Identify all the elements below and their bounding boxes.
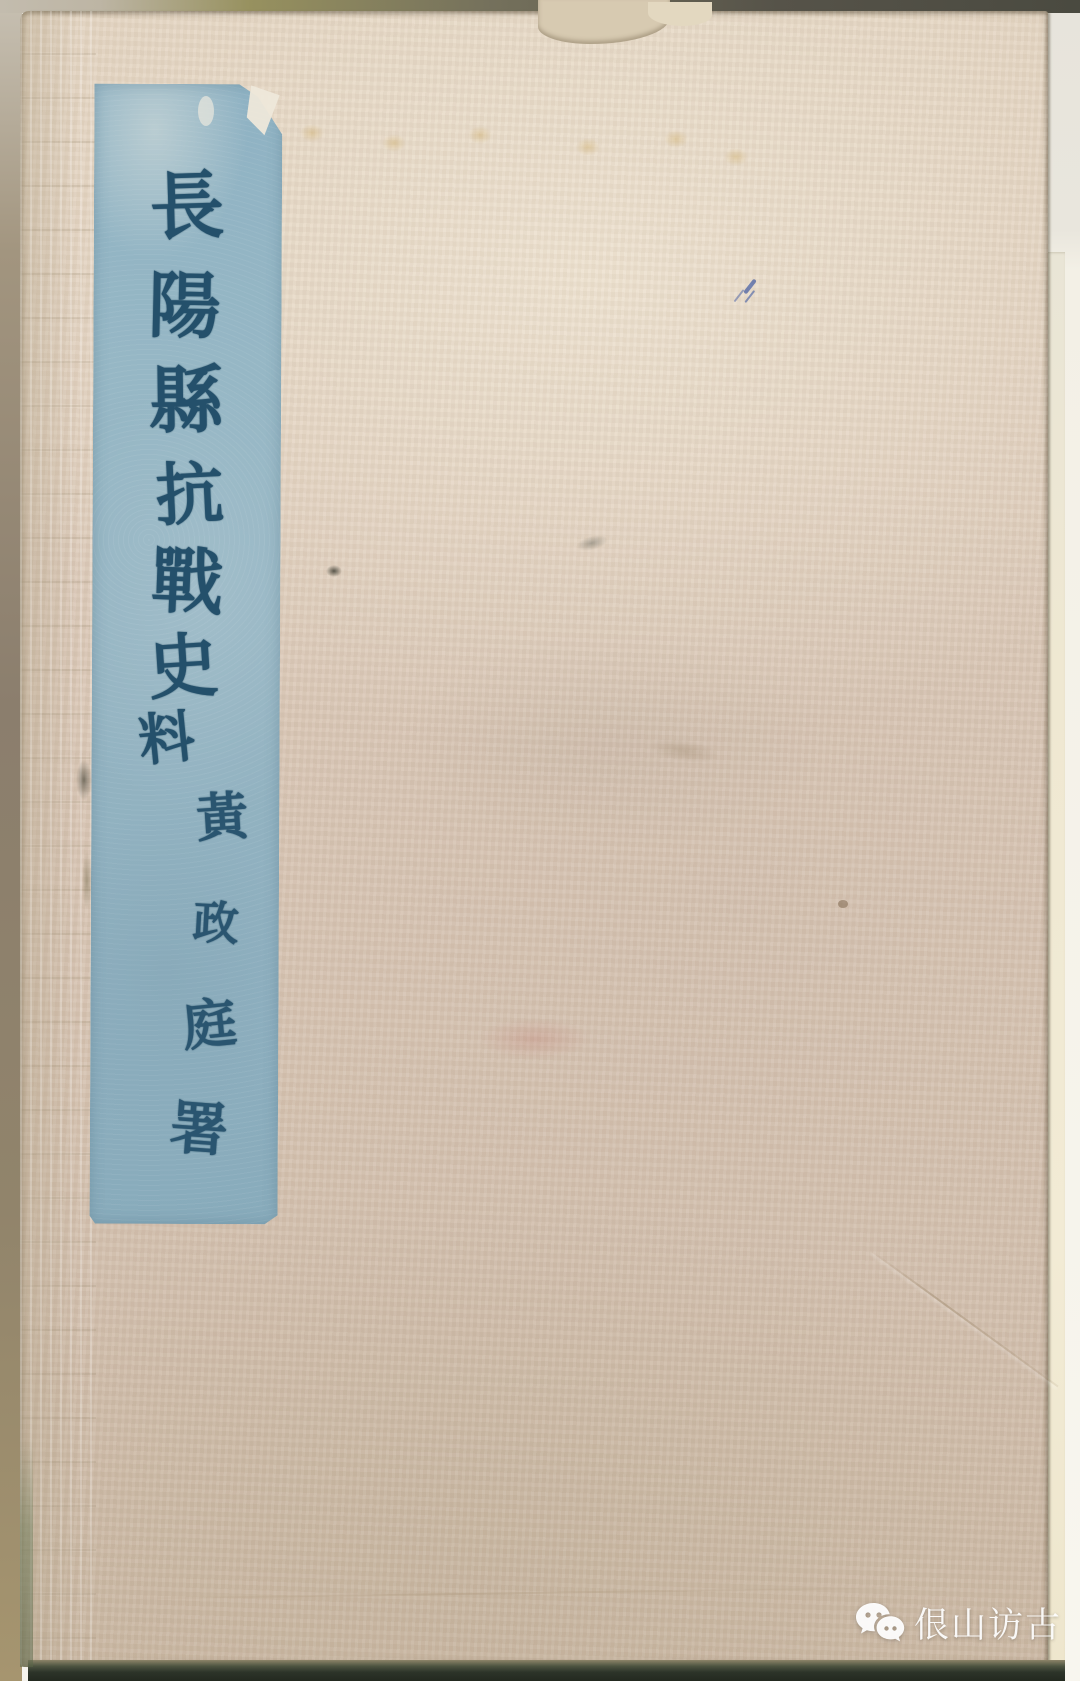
background-left-strip	[0, 0, 22, 1681]
book-bottom-edge	[28, 1660, 1065, 1681]
calligraphy-char: 署	[168, 1098, 230, 1160]
calligraphy-char: 庭	[180, 996, 239, 1055]
calligraphy-char: 戰	[150, 545, 225, 620]
calligraphy-char: 史	[146, 630, 220, 704]
calligraphy-char: 陽	[148, 269, 222, 343]
signature-calligraphy: 黃政庭署	[181, 792, 247, 1158]
calligraphy-char: 縣	[149, 364, 224, 439]
watermark-text: 佷山访古	[914, 1598, 1062, 1648]
photo-canvas: 長陽縣抗戰史料 黃政庭署	[0, 0, 1080, 1681]
title-calligraphy: 長陽縣抗戰史料	[143, 170, 230, 768]
calligraphy-char: 長	[149, 169, 225, 245]
calligraphy-char: 料	[136, 709, 197, 770]
wechat-logo-icon	[855, 1602, 905, 1644]
calligraphy-char: 抗	[154, 460, 225, 531]
spine-green-edge	[20, 1437, 33, 1667]
watermark: 佷山访古	[855, 1598, 1062, 1648]
calligraphy-char: 黃	[195, 791, 250, 846]
title-slip: 長陽縣抗戰史料 黃政庭署	[90, 84, 283, 1225]
spine-texture	[20, 11, 96, 1667]
calligraphy-char: 政	[192, 899, 241, 948]
book-pages-fore-edge	[1045, 252, 1065, 1667]
